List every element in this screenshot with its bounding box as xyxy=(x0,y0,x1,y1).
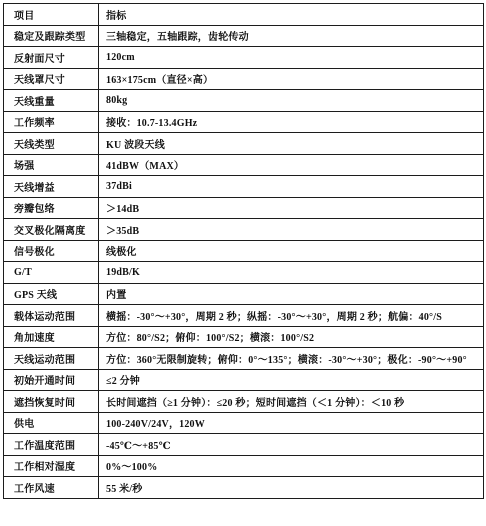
table-row: 工作风速55 米/秒 xyxy=(4,477,484,499)
item-cell: 遮挡恢复时间 xyxy=(4,391,99,413)
spec-document-page: 项目 指标 稳定及跟踪类型三轴稳定，五轴跟踪，齿轮传动反射面尺寸120cm天线罩… xyxy=(0,0,486,526)
spec-cell: 120cm xyxy=(99,47,484,69)
column-header-item: 项目 xyxy=(4,4,99,26)
table-row: 工作相对湿度0%～100% xyxy=(4,455,484,477)
spec-cell: 37dBi xyxy=(99,176,484,198)
table-row: 场强41dBW（MAX） xyxy=(4,154,484,176)
table-row: 初始开通时间≤2 分钟 xyxy=(4,369,484,391)
spec-cell: 方位：80°/S2；俯仰：100°/S2；横滚：100°/S2 xyxy=(99,326,484,348)
table-row: 工作温度范围-45℃～+85℃ xyxy=(4,434,484,456)
spec-cell: -45℃～+85℃ xyxy=(99,434,484,456)
table-row: 反射面尺寸120cm xyxy=(4,47,484,69)
spec-cell: 41dBW（MAX） xyxy=(99,154,484,176)
item-cell: 反射面尺寸 xyxy=(4,47,99,69)
table-row: 角加速度方位：80°/S2；俯仰：100°/S2；横滚：100°/S2 xyxy=(4,326,484,348)
table-row: 信号极化线极化 xyxy=(4,240,484,262)
table-row: 工作频率接收：10.7-13.4GHz xyxy=(4,111,484,133)
spec-cell: 长时间遮挡（≥1 分钟）：≤20 秒；短时间遮挡（＜1 分钟）：＜10 秒 xyxy=(99,391,484,413)
item-cell: 交叉极化隔离度 xyxy=(4,219,99,241)
spec-cell: KU 波段天线 xyxy=(99,133,484,155)
spec-cell: 线极化 xyxy=(99,240,484,262)
item-cell: 旁瓣包络 xyxy=(4,197,99,219)
spec-cell: 80kg xyxy=(99,90,484,112)
table-row: 载体运动范围横摇：-30°～+30°，周期 2 秒；纵摇：-30°～+30°，周… xyxy=(4,305,484,327)
spec-cell: 0%～100% xyxy=(99,455,484,477)
item-cell: 信号极化 xyxy=(4,240,99,262)
spec-cell: 55 米/秒 xyxy=(99,477,484,499)
table-row: 旁瓣包络＞14dB xyxy=(4,197,484,219)
spec-table: 项目 指标 稳定及跟踪类型三轴稳定，五轴跟踪，齿轮传动反射面尺寸120cm天线罩… xyxy=(3,3,484,499)
item-cell: 工作相对湿度 xyxy=(4,455,99,477)
table-row: 天线罩尺寸163×175cm（直径×高） xyxy=(4,68,484,90)
item-cell: 天线运动范围 xyxy=(4,348,99,370)
item-cell: GPS 天线 xyxy=(4,283,99,305)
item-cell: 天线类型 xyxy=(4,133,99,155)
column-header-spec: 指标 xyxy=(99,4,484,26)
spec-cell: ＞14dB xyxy=(99,197,484,219)
table-row: 天线重量80kg xyxy=(4,90,484,112)
item-cell: 角加速度 xyxy=(4,326,99,348)
table-row: G/T19dB/K xyxy=(4,262,484,284)
spec-cell: ＞35dB xyxy=(99,219,484,241)
table-row: 稳定及跟踪类型三轴稳定，五轴跟踪，齿轮传动 xyxy=(4,25,484,47)
item-cell: 工作风速 xyxy=(4,477,99,499)
table-row: 天线类型KU 波段天线 xyxy=(4,133,484,155)
item-cell: 载体运动范围 xyxy=(4,305,99,327)
table-header-row: 项目 指标 xyxy=(4,4,484,26)
table-row: 天线运动范围方位：360°无限制旋转；俯仰：0°～135°；横滚：-30°～+3… xyxy=(4,348,484,370)
spec-cell: 三轴稳定，五轴跟踪，齿轮传动 xyxy=(99,25,484,47)
item-cell: 天线增益 xyxy=(4,176,99,198)
item-cell: 供电 xyxy=(4,412,99,434)
table-row: 遮挡恢复时间长时间遮挡（≥1 分钟）：≤20 秒；短时间遮挡（＜1 分钟）：＜1… xyxy=(4,391,484,413)
spec-cell: ≤2 分钟 xyxy=(99,369,484,391)
item-cell: 工作温度范围 xyxy=(4,434,99,456)
spec-cell: 接收：10.7-13.4GHz xyxy=(99,111,484,133)
item-cell: 天线罩尺寸 xyxy=(4,68,99,90)
table-row: GPS 天线内置 xyxy=(4,283,484,305)
item-cell: 场强 xyxy=(4,154,99,176)
spec-cell: 19dB/K xyxy=(99,262,484,284)
spec-cell: 100-240V/24V，120W xyxy=(99,412,484,434)
spec-cell: 内置 xyxy=(99,283,484,305)
item-cell: 稳定及跟踪类型 xyxy=(4,25,99,47)
spec-cell: 横摇：-30°～+30°，周期 2 秒；纵摇：-30°～+30°，周期 2 秒；… xyxy=(99,305,484,327)
table-row: 天线增益37dBi xyxy=(4,176,484,198)
item-cell: 初始开通时间 xyxy=(4,369,99,391)
spec-cell: 方位：360°无限制旋转；俯仰：0°～135°；横滚：-30°～+30°；极化：… xyxy=(99,348,484,370)
spec-cell: 163×175cm（直径×高） xyxy=(99,68,484,90)
item-cell: 工作频率 xyxy=(4,111,99,133)
item-cell: 天线重量 xyxy=(4,90,99,112)
table-row: 交叉极化隔离度＞35dB xyxy=(4,219,484,241)
table-body: 稳定及跟踪类型三轴稳定，五轴跟踪，齿轮传动反射面尺寸120cm天线罩尺寸163×… xyxy=(4,25,484,498)
table-row: 供电100-240V/24V，120W xyxy=(4,412,484,434)
item-cell: G/T xyxy=(4,262,99,284)
